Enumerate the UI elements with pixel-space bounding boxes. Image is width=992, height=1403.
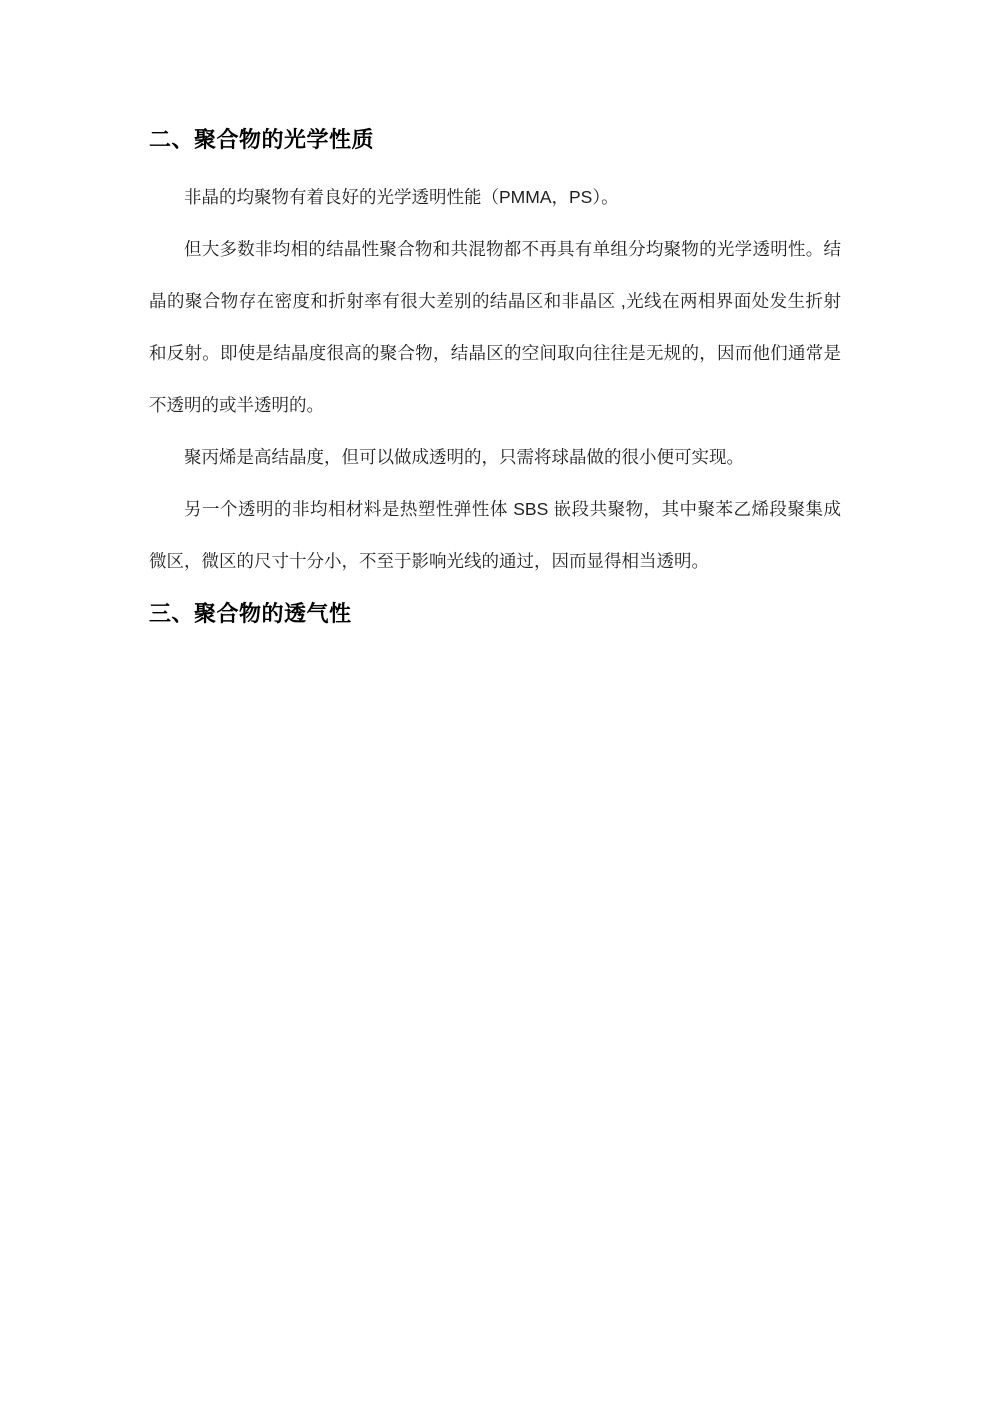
paragraph-sbs-block-copolymer: 另一个透明的非均相材料是热塑性弹性体 SBS 嵌段共聚物，其中聚苯乙烯段聚集成微… [149,483,841,587]
section-heading-optical-properties: 二、聚合物的光学性质 [149,125,841,155]
paragraph-heterophase-crystalline: 但大多数非均相的结晶性聚合物和共混物都不再具有单组分均聚物的光学透明性。结晶的聚… [149,223,841,431]
document-page: 二、聚合物的光学性质 非晶的均聚物有着良好的光学透明性能（PMMA，PS）。 但… [0,0,992,1403]
paragraph-polypropylene: 聚丙烯是高结晶度，但可以做成透明的，只需将球晶做的很小便可实现。 [149,431,841,483]
page-content: 二、聚合物的光学性质 非晶的均聚物有着良好的光学透明性能（PMMA，PS）。 但… [0,0,992,629]
section-heading-gas-permeability: 三、聚合物的透气性 [149,599,841,629]
paragraph-amorphous-homopolymer: 非晶的均聚物有着良好的光学透明性能（PMMA，PS）。 [149,171,841,223]
